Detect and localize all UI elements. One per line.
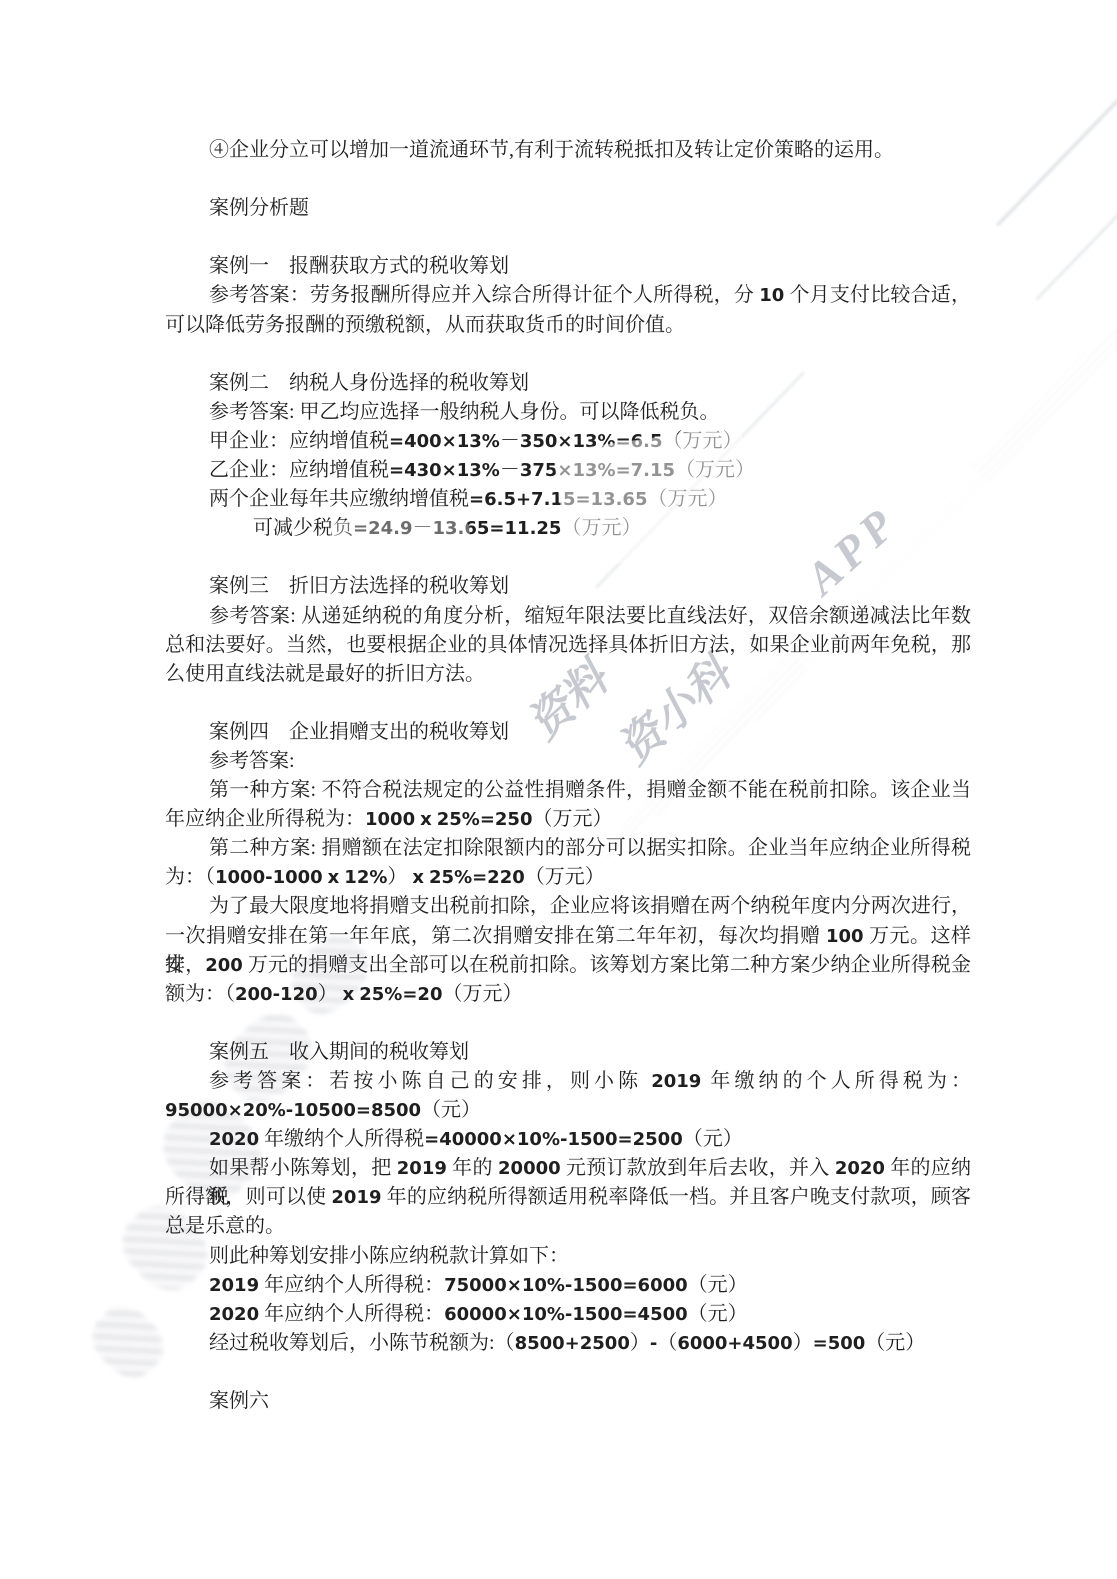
case-heading: 案例三 折旧方法选择的税收筹划 <box>165 572 971 601</box>
watermark-brush-stroke <box>330 520 470 554</box>
text-line: 参考答案：劳务报酬所得应并入综合所得计征个人所得税，分 10 个月支付比较合适， <box>165 281 971 310</box>
text-line: 额为：（200-120） x 25%=20（万元） <box>165 980 971 1009</box>
case-heading: 案例六 <box>165 1387 971 1416</box>
text-line: 总和法要好。当然，也要根据企业的具体情况选择具体折旧方法，如果企业前两年免税，那 <box>165 631 971 660</box>
text-line: 则此种筹划安排小陈应纳税款计算如下： <box>165 1242 971 1271</box>
text-line: 可以降低劳务报酬的预缴税额，从而获取货币的时间价值。 <box>165 311 971 340</box>
text-line: 经过税收筹划后，小陈节税额为:（8500+2500）-（6000+4500）=5… <box>165 1329 971 1358</box>
text-line: 总是乐意的。 <box>165 1212 971 1241</box>
text-line: 参考答案: 甲乙均应选择一般纳税人身份。可以降低税负。 <box>165 398 971 427</box>
text-line: 2020 年缴纳个人所得税=40000×10%-1500=2500（元） <box>165 1125 971 1154</box>
case-heading: 案例四 企业捐赠支出的税收筹划 <box>165 718 971 747</box>
text-line: 为：（1000-1000 x 12%） x 25%=220（万元） <box>165 863 971 892</box>
document-body: ④企业分立可以增加一道流通环节,有利于流转税抵扣及转让定价策略的运用。 案例分析… <box>165 136 971 1416</box>
text-line: 2020 年应纳个人所得税：60000×10%-1500=4500（元） <box>165 1300 971 1329</box>
text-line: 2019 年应纳个人所得税：75000×10%-1500=6000（元） <box>165 1271 971 1300</box>
text-line: 为了最大限度地将捐赠支出税前扣除，企业应将该捐赠在两个纳税年度内分两次进行， <box>165 892 971 921</box>
case-heading: 案例五 收入期间的税收筹划 <box>165 1038 971 1067</box>
text-line: 所得额，则可以使 2019 年的应纳税所得额适用税率降低一档。并且客户晚支付款项… <box>165 1183 971 1212</box>
text-line: 如果帮小陈筹划，把 2019 年的 20000 元预订款放到年后去收，并入 20… <box>165 1154 971 1183</box>
case-heading: 案例二 纳税人身份选择的税收筹划 <box>165 369 971 398</box>
text-line: 排，200 万元的捐赠支出全部可以在税前扣除。该筹划方案比第二种方案少纳企业所得… <box>165 951 971 980</box>
document-page: { "page": { "width": 1117, "height": 157… <box>0 0 1117 1579</box>
text-line: 年应纳企业所得税为：1000 x 25%=250（万元） <box>165 805 971 834</box>
text-line: 第一种方案: 不符合税法规定的公益性捐赠条件，捐赠金额不能在税前扣除。该企业当 <box>165 776 971 805</box>
text-line: 参考答案: 从递延纳税的角度分析，缩短年限法要比直线法好，双倍余额递减法比年数 <box>165 602 971 631</box>
text-line: 第二种方案: 捐赠额在法定扣除限额内的部分可以据实扣除。企业当年应纳企业所得税 <box>165 834 971 863</box>
text-line: 一次捐赠安排在第一年年底，第二次捐赠安排在第二年年初，每次均捐赠 100 万元。… <box>165 922 971 951</box>
text-line: 参考答案：若按小陈自己的安排，则小陈 2019 年缴纳的个人所得税为： <box>165 1067 971 1096</box>
case-heading: 案例分析题 <box>165 194 971 223</box>
text-line: ④企业分立可以增加一道流通环节,有利于流转税抵扣及转让定价策略的运用。 <box>165 136 971 165</box>
text-line: 么使用直线法就是最好的折旧方法。 <box>165 660 971 689</box>
watermark-brush-stroke <box>996 73 1117 227</box>
case-heading: 案例一 报酬获取方式的税收筹划 <box>165 252 971 281</box>
watermark-brush-stroke <box>81 1295 174 1388</box>
text-line: 95000×20%-10500=8500（元） <box>165 1096 971 1125</box>
text-line: 参考答案: <box>165 747 971 776</box>
